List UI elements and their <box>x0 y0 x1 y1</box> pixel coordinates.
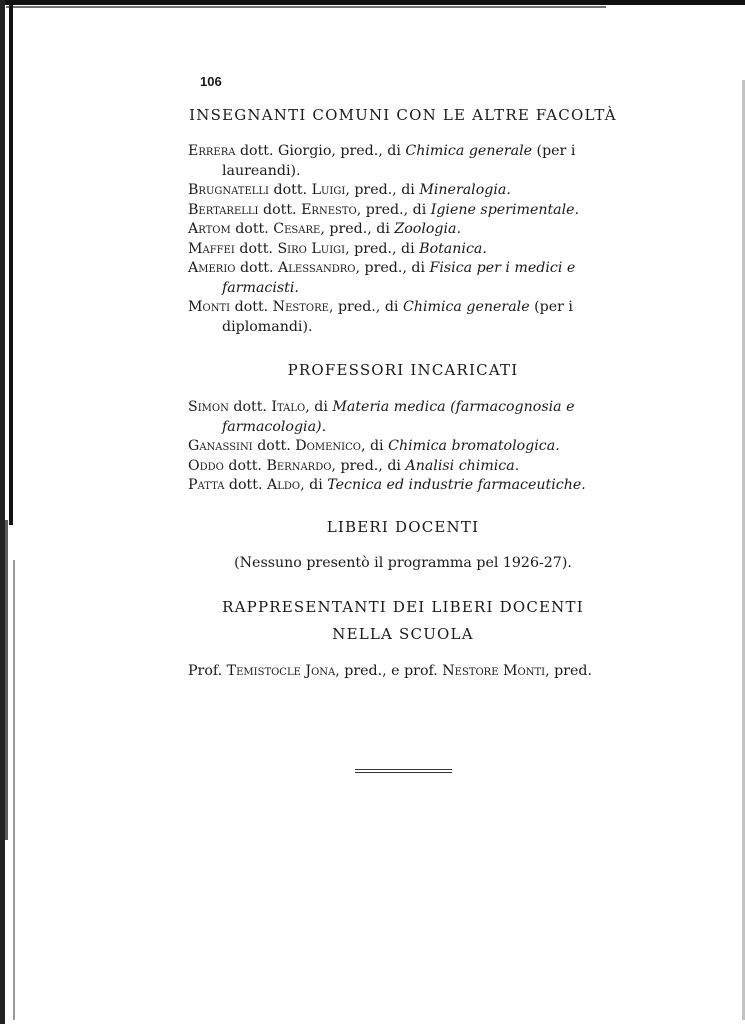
entry-text: dott. <box>231 221 274 237</box>
entry-text: dott. <box>269 182 312 198</box>
scan-binding-edge <box>0 0 5 1024</box>
list-item: Simon dott. Italo, di Materia medica (fa… <box>188 398 620 437</box>
surname: Monti <box>188 299 230 315</box>
given-name: Nestore <box>273 299 329 315</box>
entry-text: dott. Giorgio, pred., di <box>235 143 405 159</box>
entry-text: , di <box>300 477 327 493</box>
given-name: Bernardo <box>266 458 331 474</box>
subject: Chimica generale <box>405 143 532 159</box>
entry-text: , pred., di <box>355 260 429 276</box>
given-name: Aldo <box>267 477 300 493</box>
scan-binding-edge-inner <box>9 5 13 525</box>
given-name: Siro Luigi <box>277 241 345 257</box>
given-name: Luigi <box>312 182 346 198</box>
entry-text: , pred., di <box>345 241 419 257</box>
list-item: Amerio dott. Alessandro, pred., di Fisic… <box>188 259 620 298</box>
scan-binding-edge-lower <box>5 520 8 840</box>
surname: Artom <box>188 221 231 237</box>
subject: Mineralogia. <box>419 182 511 198</box>
entry-text: , pred., di <box>329 299 403 315</box>
given-name: Ernesto <box>301 202 357 218</box>
rappresentanti-text: Prof. Temistocle Jona, pred., e prof. Ne… <box>188 663 648 679</box>
entry-text: dott. <box>235 241 278 257</box>
given-name: Italo <box>271 399 305 415</box>
entry-text: , pred., di <box>357 202 431 218</box>
entry-text: Prof. <box>188 663 227 679</box>
list-item: Maffei dott. Siro Luigi, pred., di Botan… <box>188 240 620 260</box>
given-name: Domenico <box>295 438 361 454</box>
list-item: Ganassini dott. Domenico, di Chimica bro… <box>188 437 620 457</box>
scan-binding-edge-faint <box>13 560 15 1020</box>
entry-text: , pred. <box>545 663 592 679</box>
list-item: Bertarelli dott. Ernesto, pred., di Igie… <box>188 201 620 221</box>
section-heading-rappresentanti-line2: NELLA SCUOLA <box>188 625 618 643</box>
entry-text: dott. <box>259 202 302 218</box>
subject: Analisi chimica. <box>405 458 519 474</box>
subject: Chimica generale <box>403 299 530 315</box>
scan-top-border-shadow <box>6 6 606 8</box>
entry-text: , pred., di <box>345 182 419 198</box>
given-name: Alessandro <box>278 260 355 276</box>
surname: Errera <box>188 143 235 159</box>
section-heading-liberi-docenti: LIBERI DOCENTI <box>188 518 618 536</box>
list-item: Monti dott. Nestore, pred., di Chimica g… <box>188 298 620 337</box>
entry-text: , di <box>305 399 332 415</box>
list-item: Errera dott. Giorgio, pred., di Chimica … <box>188 142 620 181</box>
scan-top-border <box>0 0 745 5</box>
subject: Zoologia. <box>394 221 461 237</box>
surname: Ganassini <box>188 438 253 454</box>
entry-text: dott. <box>229 399 272 415</box>
entry-text: dott. <box>253 438 296 454</box>
entry-text: dott. <box>224 458 267 474</box>
surname: Oddo <box>188 458 224 474</box>
subject: Botanica. <box>419 241 487 257</box>
surname: Amerio <box>188 260 235 276</box>
entry-text: , pred., e prof. <box>335 663 442 679</box>
representative-name: Nestore Monti <box>442 663 545 679</box>
entry-text: dott. <box>224 477 267 493</box>
list-item: Oddo dott. Bernardo, pred., di Analisi c… <box>188 457 620 477</box>
list-item: Artom dott. Cesare, pred., di Zoologia. <box>188 220 620 240</box>
professori-incaricati-list: Simon dott. Italo, di Materia medica (fa… <box>188 398 620 496</box>
section-heading-common-teachers: INSEGNANTI COMUNI CON LE ALTRE FACOLTÀ <box>188 106 618 124</box>
given-name: Cesare <box>273 221 320 237</box>
end-of-section-rule <box>355 769 452 773</box>
entry-text: , pred., di <box>320 221 394 237</box>
common-teachers-list: Errera dott. Giorgio, pred., di Chimica … <box>188 142 620 337</box>
section-heading-professori-incaricati: PROFESSORI INCARICATI <box>188 361 618 379</box>
surname: Bertarelli <box>188 202 259 218</box>
surname: Patta <box>188 477 224 493</box>
representative-name: Temistocle Jona <box>227 663 336 679</box>
surname: Brugnatelli <box>188 182 269 198</box>
page-number: 106 <box>200 74 222 89</box>
subject: Tecnica ed industrie farmaceutiche. <box>327 477 586 493</box>
subject: Igiene sperimentale. <box>431 202 579 218</box>
liberi-docenti-note: (Nessuno presentò il programma pel 1926-… <box>188 555 618 571</box>
list-item: Patta dott. Aldo, di Tecnica ed industri… <box>188 476 620 496</box>
entry-text: , pred., di <box>331 458 405 474</box>
entry-text: dott. <box>230 299 273 315</box>
subject: Chimica bromatologica. <box>388 438 560 454</box>
entry-text: dott. <box>235 260 278 276</box>
list-item: Brugnatelli dott. Luigi, pred., di Miner… <box>188 181 620 201</box>
section-heading-rappresentanti-line1: RAPPRESENTANTI DEI LIBERI DOCENTI <box>188 598 618 616</box>
surname: Maffei <box>188 241 235 257</box>
entry-text: , di <box>361 438 388 454</box>
surname: Simon <box>188 399 229 415</box>
